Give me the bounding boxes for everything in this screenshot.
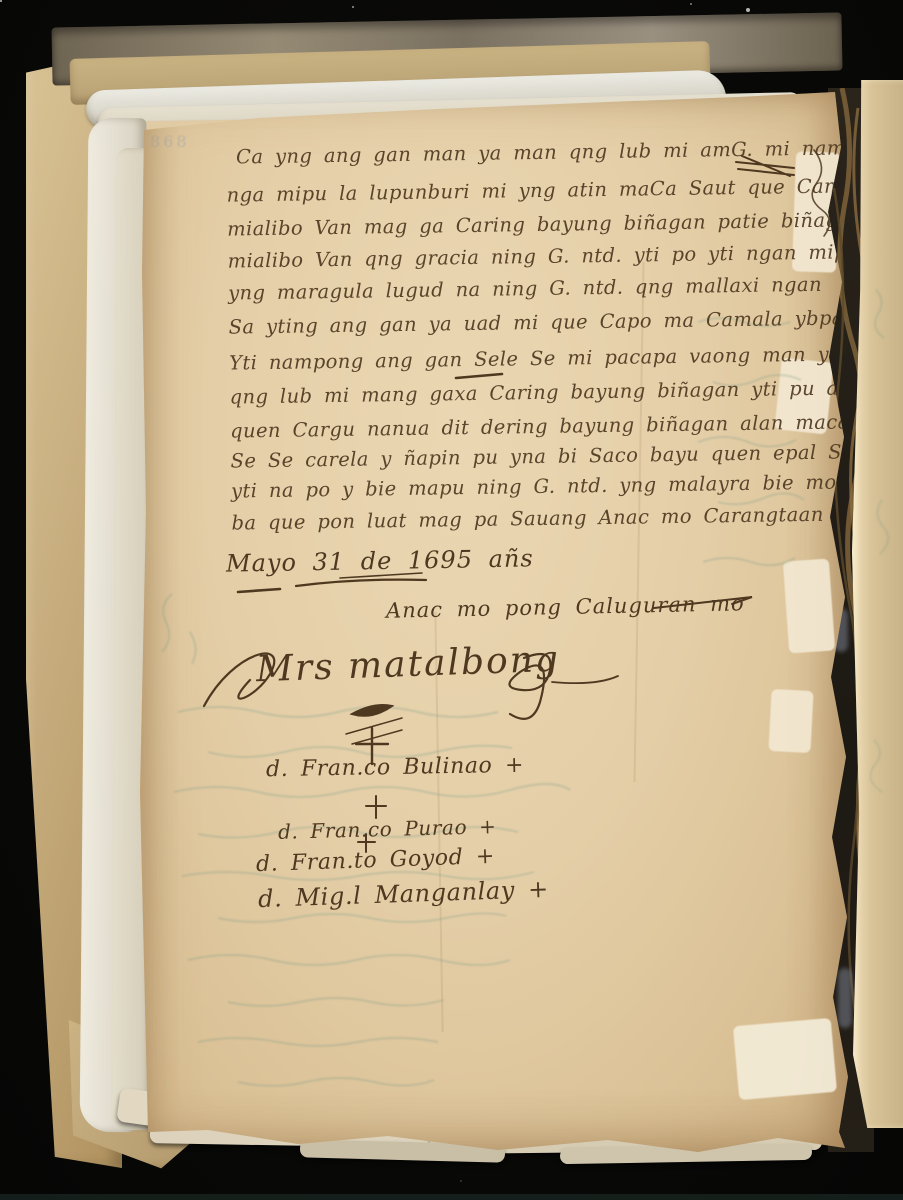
letter-line: Ca yng ang gan man ya man qng lub mi amG… (226, 136, 856, 178)
scan-edge-tint (0, 1194, 903, 1200)
signature-witness: d. Mig.l Manganlay + (258, 875, 550, 913)
date-line: Mayo 31 de 1695 añs (226, 544, 534, 577)
blue-paper-fragment (838, 968, 852, 1028)
torn-edge-chip (733, 1018, 837, 1100)
dust-specks (0, 0, 2, 2)
signature-witness: d. Fran.to Goyod + (256, 844, 496, 877)
signature-witness: d. Fran.co Purao + (278, 814, 497, 844)
photo-backdrop: 868 Ca yng ang gan man ya man qng lub mi… (0, 0, 903, 1200)
signature-witness: d. Fran.co Bulinao + (266, 753, 524, 783)
manuscript-page: 868 Ca yng ang gan man ya man qng lub mi… (138, 92, 850, 1160)
